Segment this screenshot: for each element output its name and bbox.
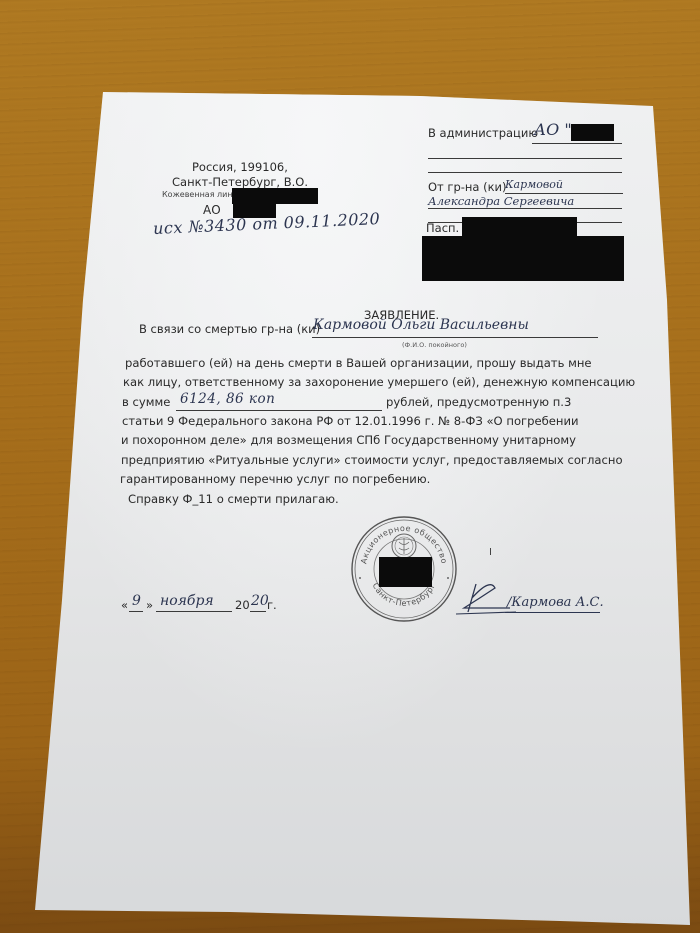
redaction-passport-number — [462, 217, 577, 236]
sender-country: Россия, 199106, — [192, 160, 288, 174]
to-label: В администрацию — [428, 126, 538, 140]
sum-value: 6124, 86 коп — [180, 391, 275, 407]
date-close-quote: » — [146, 598, 153, 612]
from-name-line1: Кармовой — [505, 178, 563, 191]
signature-underline — [505, 612, 600, 613]
body-line-2: как лицу, ответственному за захоронение … — [123, 375, 635, 389]
signatory-name: /Кармова А.С. — [507, 595, 604, 610]
date-month-underline — [156, 611, 232, 612]
body-line-6: предприятию «Ритуальные услуги» стоимост… — [121, 453, 623, 467]
from-underline-2 — [428, 208, 622, 209]
body-line-1: работавшего (ей) на день смерти в Вашей … — [125, 356, 592, 370]
to-blank-line-1 — [428, 158, 622, 159]
company-stamp: Акционерное общество Санкт-Петербург — [349, 514, 459, 624]
redaction-stamp-center — [379, 557, 432, 587]
from-name-line2: Александра Сергеевича — [428, 194, 574, 208]
date-year-end: г. — [267, 598, 277, 612]
date-year-prefix: 20 — [235, 598, 250, 612]
date-month: ноября — [160, 593, 214, 609]
date-open-quote: « — [121, 598, 128, 612]
sender-city: Санкт-Петербург, В.О. — [172, 175, 308, 189]
deceased-caption: (Ф.И.О. покойного) — [402, 341, 467, 349]
redaction-sender-street — [232, 188, 318, 204]
attachment-note: Справку Ф_11 о смерти прилагаю. — [128, 492, 339, 506]
date-year-underline — [250, 611, 266, 612]
sum-suffix: рублей, предусмотренную п.3 — [386, 395, 571, 409]
deceased-underline — [312, 337, 598, 338]
sum-underline — [176, 410, 382, 411]
deceased-name: Кармовой Ольги Васильевны — [313, 317, 529, 333]
redaction-addressee-org — [571, 124, 614, 141]
to-value: АО " — [534, 120, 572, 139]
sum-label: в сумме — [122, 395, 170, 409]
date-day-underline — [129, 611, 143, 612]
pen-mark — [490, 548, 491, 555]
from-label: От гр-на (ки) — [428, 180, 507, 194]
to-underline — [532, 143, 622, 144]
body-line-7: гарантированному перечню услуг по погреб… — [120, 472, 430, 486]
date-day: 9 — [132, 593, 141, 609]
body-line-4: статьи 9 Федерального закона РФ от 12.01… — [122, 414, 579, 428]
body-line-5: и похоронном деле» для возмещения СПб Го… — [121, 433, 576, 447]
passport-label: Пасп. — [426, 221, 459, 235]
to-blank-line-2 — [428, 172, 622, 173]
deceased-label: В связи со смертью гр-на (ки) — [139, 322, 320, 336]
redaction-passport-details — [422, 236, 624, 281]
sender-org-prefix: АО — [203, 203, 221, 217]
